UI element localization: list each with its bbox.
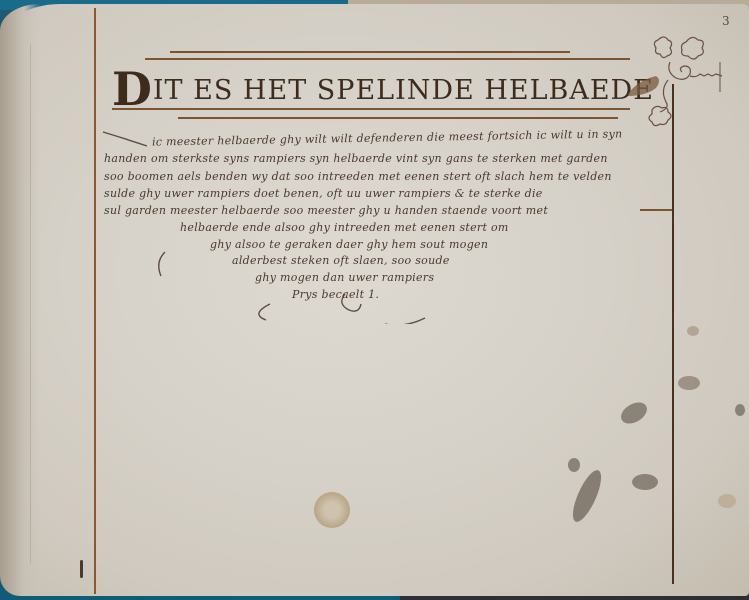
page-fold	[0, 44, 31, 564]
grape-vine-ornament-icon	[628, 32, 728, 127]
ink-smudge-5	[678, 376, 700, 390]
age-spot-right-2	[687, 326, 699, 336]
title-rule-top-1	[170, 51, 570, 53]
ink-smudge-1	[567, 467, 606, 525]
ink-smudge-3	[632, 474, 658, 490]
ink-smudge-4	[568, 458, 580, 472]
folio-number: 3	[722, 14, 730, 28]
title-rule-bottom-2	[178, 117, 618, 119]
age-spot-right-3	[718, 494, 736, 508]
script-flourishes	[95, 124, 695, 324]
title-text: IT ES HET SPELINDE HELBAEDE	[153, 75, 654, 106]
title-rule-top-2	[145, 58, 630, 60]
smudge-left-margin	[80, 560, 83, 578]
manuscript-page: DIT ES HET SPELINDE HELBAEDE 3 ic meeste…	[0, 4, 749, 596]
title-initial: D	[112, 62, 153, 116]
title-rule-bottom-1	[112, 108, 630, 110]
manuscript-title: DIT ES HET SPELINDE HELBAEDE	[112, 62, 632, 108]
water-stain-bottom-center	[314, 492, 350, 528]
ink-smudge-2	[617, 398, 650, 428]
age-spot-right	[735, 404, 745, 416]
